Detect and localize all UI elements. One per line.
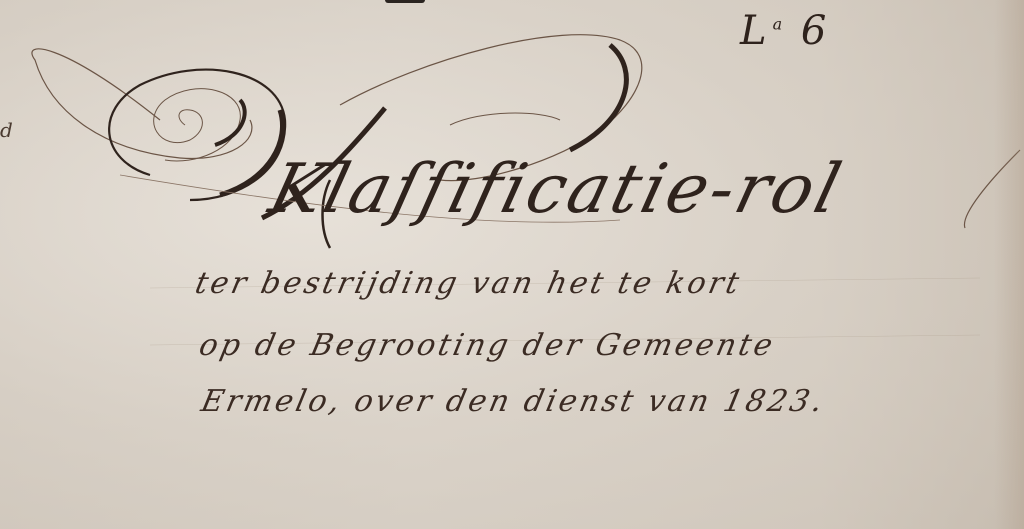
body-line-3: Ermelo, over den dienst van 1823. <box>198 384 829 419</box>
calligraphic-flourish-icon <box>0 0 1024 529</box>
binding-shadow <box>385 0 425 3</box>
margin-mark: d <box>0 118 13 142</box>
folio-value: 6 <box>801 8 832 54</box>
body-line-1: ter bestrijding van het te kort <box>192 266 745 301</box>
document-page: d La 6 Klaſſificatie-rol ter bestrijding… <box>0 0 1024 529</box>
folio-superscript: a <box>773 15 783 34</box>
folio-label: L <box>740 8 773 54</box>
document-title: Klaſſificatie-rol <box>262 150 851 229</box>
body-line-2: op de Begrooting der Gemeente <box>196 328 779 363</box>
folio-number: La 6 <box>740 8 832 54</box>
